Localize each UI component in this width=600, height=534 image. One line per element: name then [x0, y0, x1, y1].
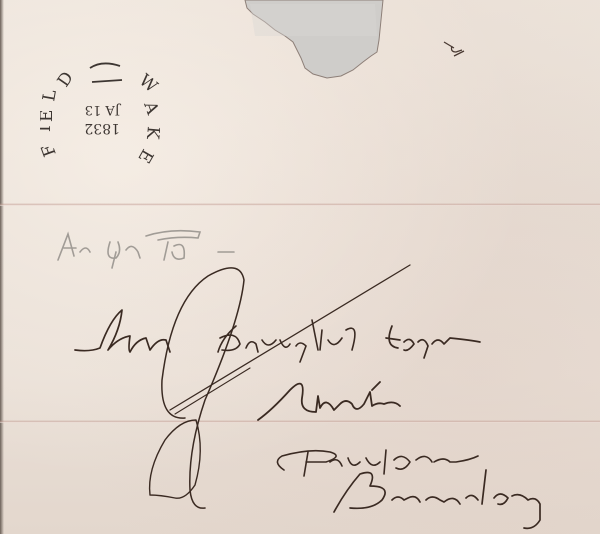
letter-cover: W A K E F I E L D 1832 JA 13 Pd Jig 10 – — [0, 0, 600, 534]
handwritten-address — [0, 0, 600, 534]
